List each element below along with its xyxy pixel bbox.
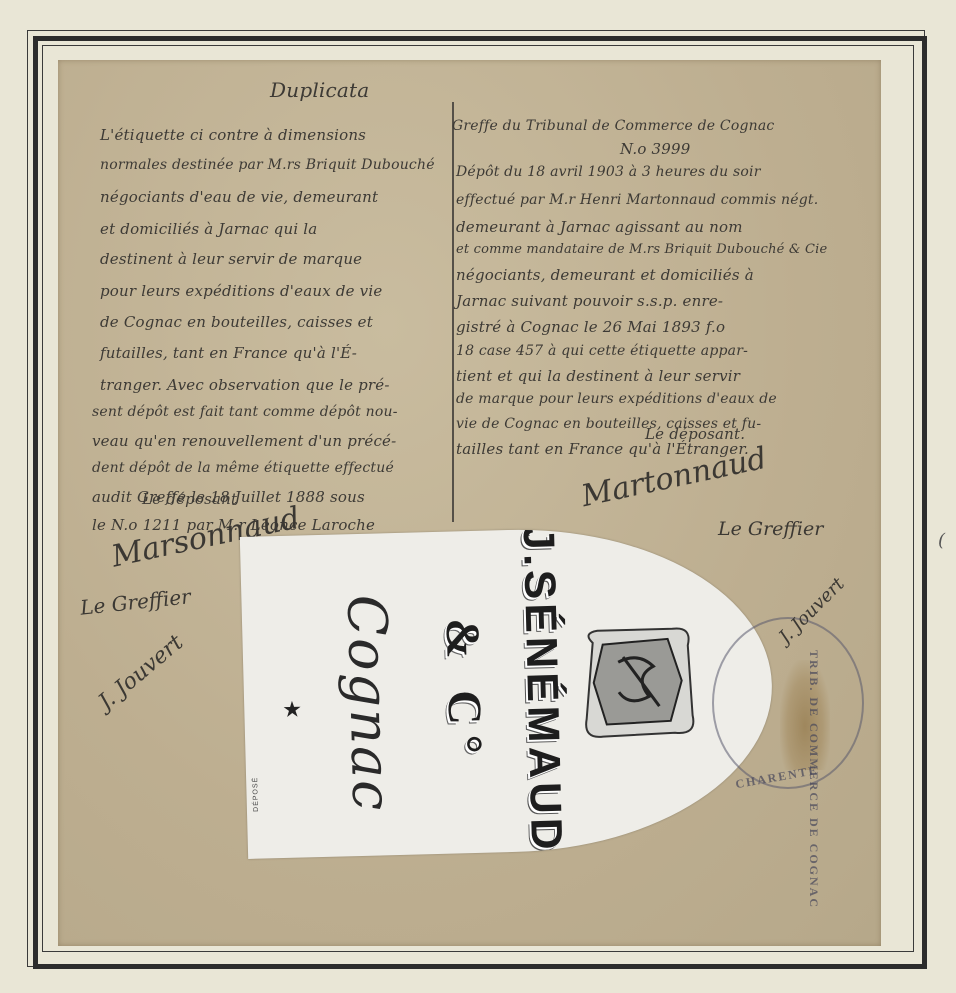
right-line: tient et qui la destinent à leur servir xyxy=(456,367,740,385)
right-line: de marque pour leurs expéditions d'eaux … xyxy=(456,391,777,407)
registration-number: N.o 3999 xyxy=(620,140,691,158)
left-line: L'étiquette ci contre à dimensions xyxy=(100,126,366,144)
left-line: pour leurs expéditions d'eaux de vie xyxy=(100,282,382,300)
right-line: Dépôt du 18 avril 1903 à 3 heures du soi… xyxy=(456,164,761,180)
left-line: futailles, tant en France qu'à l'É- xyxy=(100,344,357,362)
star-icon: ★ xyxy=(282,697,302,723)
right-line: et comme mandataire de M.rs Briquit Dubo… xyxy=(456,242,827,257)
left-deposant-label: Le déposant xyxy=(142,490,237,508)
right-line: Jarnac suivant pouvoir s.s.p. enre- xyxy=(456,292,723,310)
left-line: veau qu'en renouvellement d'un précé- xyxy=(92,432,396,450)
label-product-script: Cognac xyxy=(321,593,417,815)
right-line: gistré à Cognac le 26 Mai 1893 f.o xyxy=(456,318,725,336)
crest-emblem-icon xyxy=(572,620,705,743)
label-company: & C° xyxy=(421,570,507,812)
stamp-figure xyxy=(780,660,830,770)
left-line: de Cognac en bouteilles, caisses et xyxy=(100,313,373,331)
label-depose-mark: DÉPOSÉ xyxy=(252,777,260,812)
right-deposant-label: Le déposant. xyxy=(645,425,745,443)
left-line: tranger. Avec observation que le pré- xyxy=(100,376,390,394)
left-line: destinent à leur servir de marque xyxy=(100,250,362,268)
left-line: normales destinée par M.rs Briquit Dubou… xyxy=(100,157,435,173)
right-line: 18 case 457 à qui cette étiquette appar- xyxy=(456,343,748,359)
right-line: négociants, demeurant et domiciliés à xyxy=(456,266,754,284)
left-line: dent dépôt de la même étiquette effectué xyxy=(92,460,394,476)
right-greffier-label: Le Greffier xyxy=(718,518,823,540)
column-divider xyxy=(452,102,454,522)
left-line: sent dépôt est fait tant comme dépôt nou… xyxy=(92,404,398,420)
right-line: demeurant à Jarnac agissant au nom xyxy=(456,218,743,236)
right-line: Greffe du Tribunal de Commerce de Cognac xyxy=(452,118,774,134)
left-line: et domiciliés à Jarnac qui la xyxy=(100,220,317,238)
margin-mark: ( xyxy=(938,530,945,551)
left-line: négociants d'eau de vie, demeurant xyxy=(100,188,378,206)
document-title: Duplicata xyxy=(270,78,369,102)
right-line: effectué par M.r Henri Martonnaud commis… xyxy=(456,192,818,208)
label-brand: J.SÉNÉMAUD xyxy=(508,528,576,849)
